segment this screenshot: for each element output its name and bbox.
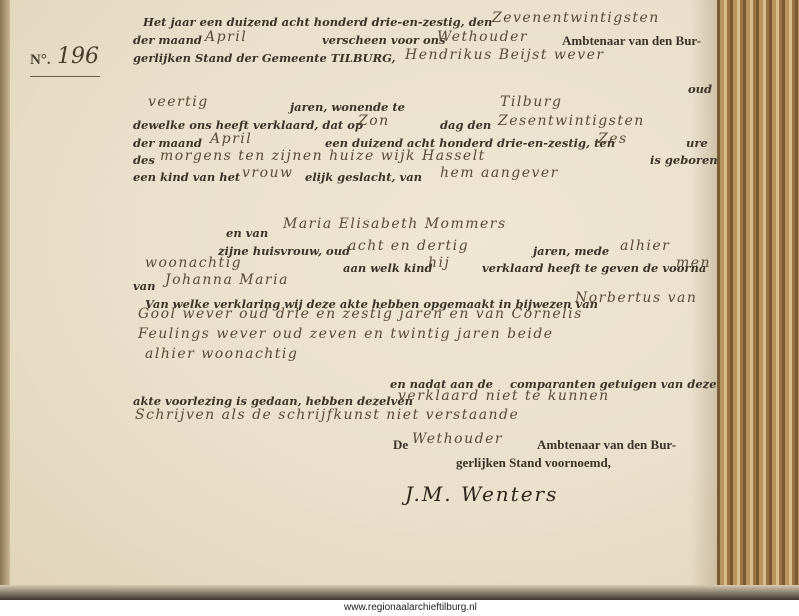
printed-text: des <box>133 153 155 167</box>
handwritten-birth-place: morgens ten zijnen huize wijk Hasselt <box>160 148 486 164</box>
handwritten-witness-line: Feulings wever oud zeven en twintig jare… <box>138 326 554 342</box>
handwritten-mother-age: acht en dertig <box>348 238 469 254</box>
printed-text: dewelke ons heeft verklaard, dat op <box>133 118 363 132</box>
printed-text: ure <box>686 136 708 150</box>
printed-text: gerlijken Stand der Gemeente TILBURG, <box>133 51 396 65</box>
printed-text: jaren, wonende te <box>290 100 405 114</box>
book-page-edges <box>717 0 799 600</box>
handwritten-witness-line: Gool wever oud drie en zestig jaren en v… <box>138 306 583 322</box>
handwritten-day: Zevenentwintigsten <box>492 10 660 26</box>
handwritten-father: hem aangever <box>440 165 559 181</box>
printed-text: verklaard heeft te geven de voorna <box>482 261 706 275</box>
printed-text: elijk geslacht, van <box>305 170 422 184</box>
printed-text: oud <box>688 82 712 96</box>
book-bottom-edge <box>0 585 799 600</box>
printed-text: en van <box>226 226 268 240</box>
handwritten-mother: Maria Elisabeth Mommers <box>283 216 507 232</box>
handwritten-weekday: Zon <box>358 113 390 129</box>
register-page: N°. 196 Het jaar een duizend acht honder… <box>0 0 799 600</box>
handwritten-official: Wethouder <box>437 29 528 45</box>
printed-text: De <box>393 437 408 453</box>
printed-text: verscheen voor ons <box>322 33 446 47</box>
handwritten-sex: vrouw <box>242 165 294 181</box>
handwritten-birth-month: April <box>210 131 252 147</box>
handwritten-birth-day: Zesentwintigsten <box>498 113 645 129</box>
handwritten-pronoun: hij <box>428 255 450 271</box>
handwritten-official-title: Wethouder <box>412 431 503 447</box>
footer: www.regionaalarchieftilburg.nl <box>0 600 799 616</box>
printed-text: Ambtenaar van den Bur- <box>537 437 676 453</box>
record-number: 196 <box>57 44 99 69</box>
handwritten-age: veertig <box>148 94 209 110</box>
printed-text: akte voorlezing is gedaan, hebben dezelv… <box>133 394 413 408</box>
record-number-underline <box>30 76 100 77</box>
handwritten-suffix: men <box>676 255 711 271</box>
printed-text: gerlijken Stand voornoemd, <box>456 455 611 471</box>
handwritten-witness-line: alhier woonachtig <box>145 346 298 362</box>
printed-text: aan welk kind <box>343 261 433 275</box>
source-watermark: www.regionaalarchieftilburg.nl <box>344 602 477 613</box>
handwritten-statement: Schrijven als de schrijfkunst niet verst… <box>135 407 519 423</box>
handwritten-residence: Tilburg <box>500 94 562 110</box>
handwritten-statement: verklaard niet te kunnen <box>398 388 610 404</box>
printed-text: dag den <box>440 118 491 132</box>
handwritten-child-name: Johanna Maria <box>165 272 289 288</box>
handwritten-witness-1: Norbertus van <box>575 290 697 306</box>
handwritten-declarant: Hendrikus Beijst wever <box>405 47 605 63</box>
handwritten-residing: woonachtig <box>145 255 242 271</box>
handwritten-hour: Zes <box>598 131 628 147</box>
printed-text: Het jaar een duizend acht honderd drie-e… <box>143 15 492 29</box>
printed-text: jaren, mede <box>533 244 609 258</box>
handwritten-month: April <box>205 29 247 45</box>
printed-text: is geboren <box>650 153 718 167</box>
record-number-label: N°. <box>30 52 51 69</box>
printed-text: der maand <box>133 33 202 47</box>
official-signature: J.M. Wenters <box>405 482 558 506</box>
printed-text: een kind van het <box>133 170 240 184</box>
page-left-edge <box>0 0 10 600</box>
handwritten-residence-2: alhier <box>620 238 670 254</box>
printed-text: van <box>133 279 156 293</box>
